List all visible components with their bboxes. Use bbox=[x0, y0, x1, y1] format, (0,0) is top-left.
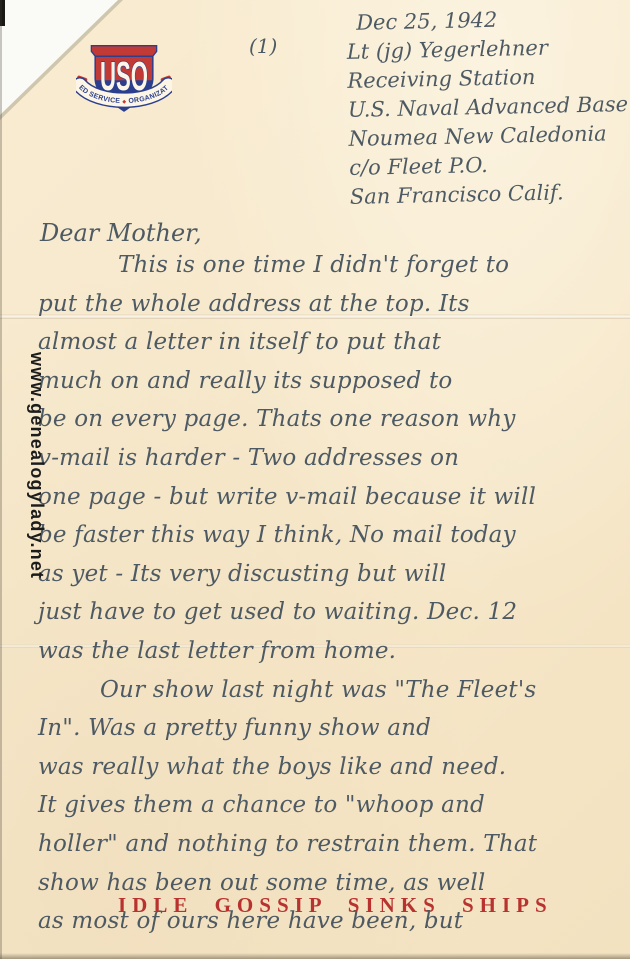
letter-line: holler" and nothing to restrain them. Th… bbox=[38, 825, 604, 864]
letter-body: This is one time I didn't forget toput t… bbox=[38, 246, 604, 941]
salutation: Dear Mother, bbox=[40, 219, 202, 247]
letter-line: This is one time I didn't forget to bbox=[38, 246, 604, 285]
watermark: www.genealogylady.net bbox=[26, 352, 47, 579]
letter-line: In". Was a pretty funny show and bbox=[38, 709, 604, 748]
letter-line: Our show last night was "The Fleet's bbox=[38, 671, 604, 710]
letter-line: be faster this way I think, No mail toda… bbox=[38, 516, 604, 555]
letter-line: much on and really its supposed to bbox=[38, 362, 604, 401]
paper-bottom-edge bbox=[0, 953, 630, 959]
letter-scan: USO UNITED SERVICE ◆ ORGANIZATIONS (1) D… bbox=[0, 0, 630, 959]
letter-line: be on every page. Thats one reason why bbox=[38, 400, 604, 439]
uso-logo-icon: USO UNITED SERVICE ◆ ORGANIZATIONS bbox=[76, 40, 172, 132]
letter-line: as yet - Its very discusting but will bbox=[38, 555, 604, 594]
address-lines: Lt (jg) YegerlehnerReceiving StationU.S.… bbox=[347, 32, 629, 212]
paper-left-edge bbox=[0, 0, 2, 959]
letter-line: It gives them a chance to "whoop and bbox=[38, 786, 604, 825]
address-line: San Francisco Calif. bbox=[350, 177, 629, 212]
letter-line: was the last letter from home. bbox=[38, 632, 604, 671]
letter-line: just have to get used to waiting. Dec. 1… bbox=[38, 593, 604, 632]
letter-paragraph: This is one time I didn't forget toput t… bbox=[38, 246, 604, 671]
stationery-slogan: IDLE GOSSIP SINKS SHIPS bbox=[118, 893, 542, 918]
letter-line: put the whole address at the top. Its bbox=[38, 285, 604, 324]
return-address-block: Dec 25, 1942 Lt (jg) YegerlehnerReceivin… bbox=[346, 3, 628, 212]
letter-line: v-mail is harder - Two addresses on bbox=[38, 439, 604, 478]
letter-line: was really what the boys like and need. bbox=[38, 748, 604, 787]
address-line: Noumea New Caledonia bbox=[348, 119, 627, 154]
page-number: (1) bbox=[249, 34, 277, 58]
letter-line: one page - but write v-mail because it w… bbox=[38, 478, 604, 517]
letter-line: almost a letter in itself to put that bbox=[38, 323, 604, 362]
